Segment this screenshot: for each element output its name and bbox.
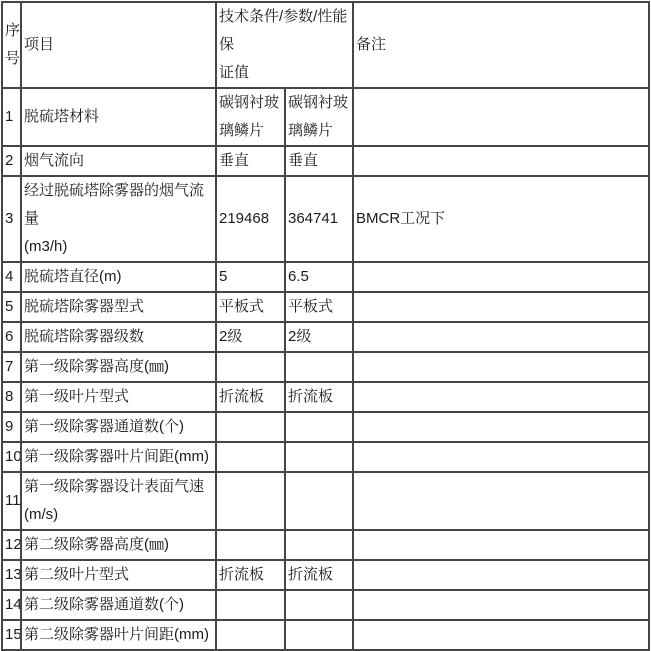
- value2-cell: [285, 472, 353, 530]
- remark-cell: [353, 292, 649, 322]
- row-number-cell: 3: [2, 176, 21, 262]
- value2-cell: 6.5: [285, 262, 353, 292]
- value1-cell: 折流板: [216, 560, 285, 590]
- table-row: 6 脱硫塔除雾器级数 2级 2级: [2, 322, 649, 352]
- header-remark-cell: 备注: [353, 2, 649, 88]
- table-row: 12 第二级除雾器高度(㎜): [2, 530, 649, 560]
- value2-cell: 折流板: [285, 382, 353, 412]
- value2-cell: [285, 442, 353, 472]
- item-cell: 第一级除雾器通道数(个): [21, 412, 216, 442]
- remark-cell: BMCR工况下: [353, 176, 649, 262]
- value2-cell: 折流板: [285, 560, 353, 590]
- item-cell: 第二级除雾器叶片间距(mm): [21, 620, 216, 650]
- header-value-cell: 技术条件/参数/性能保 证值: [216, 2, 353, 88]
- row-number-cell: 4: [2, 262, 21, 292]
- value1-cell: [216, 472, 285, 530]
- item-cell: 脱硫塔直径(m): [21, 262, 216, 292]
- header-item-cell: 项目: [21, 2, 216, 88]
- row-number-cell: 7: [2, 352, 21, 382]
- spec-table: 序 号 项目 技术条件/参数/性能保 证值 备注 1 脱硫塔材料 碳钢衬玻 璃鳞…: [1, 1, 650, 651]
- table-row: 13 第二级叶片型式 折流板 折流板: [2, 560, 649, 590]
- item-cell: 第一级除雾器叶片间距(mm): [21, 442, 216, 472]
- row-number-cell: 6: [2, 322, 21, 352]
- remark-cell: [353, 530, 649, 560]
- table-row: 15 第二级除雾器叶片间距(mm): [2, 620, 649, 650]
- value1-cell: 折流板: [216, 382, 285, 412]
- remark-cell: [353, 382, 649, 412]
- item-cell: 第二级除雾器通道数(个): [21, 590, 216, 620]
- value1-cell: 5: [216, 262, 285, 292]
- table-row: 4 脱硫塔直径(m) 5 6.5: [2, 262, 649, 292]
- value1-cell: [216, 412, 285, 442]
- value2-cell: [285, 412, 353, 442]
- table-row: 5 脱硫塔除雾器型式 平板式 平板式: [2, 292, 649, 322]
- value2-cell: [285, 352, 353, 382]
- item-cell: 脱硫塔除雾器型式: [21, 292, 216, 322]
- value2-cell: [285, 620, 353, 650]
- table-row: 9 第一级除雾器通道数(个): [2, 412, 649, 442]
- remark-cell: [353, 322, 649, 352]
- row-number-cell: 13: [2, 560, 21, 590]
- remark-cell: [353, 262, 649, 292]
- value1-cell: [216, 620, 285, 650]
- table-row: 1 脱硫塔材料 碳钢衬玻 璃鳞片 碳钢衬玻 璃鳞片: [2, 88, 649, 146]
- value2-cell: 垂直: [285, 146, 353, 176]
- table-row: 3 经过脱硫塔除雾器的烟气流量 (m3/h) 219468 364741 BMC…: [2, 176, 649, 262]
- header-no-cell: 序 号: [2, 2, 21, 88]
- row-number-cell: 11: [2, 472, 21, 530]
- value2-cell: [285, 590, 353, 620]
- item-cell: 第二级除雾器高度(㎜): [21, 530, 216, 560]
- item-cell: 第二级叶片型式: [21, 560, 216, 590]
- remark-cell: [353, 146, 649, 176]
- remark-cell: [353, 472, 649, 530]
- table-row: 10 第一级除雾器叶片间距(mm): [2, 442, 649, 472]
- row-number-cell: 8: [2, 382, 21, 412]
- table-header-row: 序 号 项目 技术条件/参数/性能保 证值 备注: [2, 2, 649, 88]
- value1-cell: 碳钢衬玻 璃鳞片: [216, 88, 285, 146]
- value2-cell: 平板式: [285, 292, 353, 322]
- table-row: 7 第一级除雾器高度(㎜): [2, 352, 649, 382]
- row-number-cell: 10: [2, 442, 21, 472]
- row-number-cell: 2: [2, 146, 21, 176]
- value2-cell: 碳钢衬玻 璃鳞片: [285, 88, 353, 146]
- value1-cell: 219468: [216, 176, 285, 262]
- value1-cell: [216, 442, 285, 472]
- item-cell: 第一级除雾器设计表面气速 (m/s): [21, 472, 216, 530]
- value1-cell: 垂直: [216, 146, 285, 176]
- remark-cell: [353, 442, 649, 472]
- remark-cell: [353, 620, 649, 650]
- value2-cell: 364741: [285, 176, 353, 262]
- row-number-cell: 9: [2, 412, 21, 442]
- row-number-cell: 12: [2, 530, 21, 560]
- row-number-cell: 14: [2, 590, 21, 620]
- item-cell: 脱硫塔材料: [21, 88, 216, 146]
- remark-cell: [353, 590, 649, 620]
- value2-cell: 2级: [285, 322, 353, 352]
- item-cell: 脱硫塔除雾器级数: [21, 322, 216, 352]
- item-cell: 第一级叶片型式: [21, 382, 216, 412]
- remark-cell: [353, 352, 649, 382]
- table-row: 14 第二级除雾器通道数(个): [2, 590, 649, 620]
- item-cell: 经过脱硫塔除雾器的烟气流量 (m3/h): [21, 176, 216, 262]
- value1-cell: 平板式: [216, 292, 285, 322]
- remark-cell: [353, 412, 649, 442]
- row-number-cell: 15: [2, 620, 21, 650]
- row-number-cell: 5: [2, 292, 21, 322]
- value1-cell: [216, 590, 285, 620]
- row-number-cell: 1: [2, 88, 21, 146]
- item-cell: 烟气流向: [21, 146, 216, 176]
- remark-cell: [353, 88, 649, 146]
- item-cell: 第一级除雾器高度(㎜): [21, 352, 216, 382]
- table-row: 11 第一级除雾器设计表面气速 (m/s): [2, 472, 649, 530]
- remark-cell: [353, 560, 649, 590]
- value1-cell: [216, 352, 285, 382]
- table-row: 8 第一级叶片型式 折流板 折流板: [2, 382, 649, 412]
- value1-cell: [216, 530, 285, 560]
- table-row: 2 烟气流向 垂直 垂直: [2, 146, 649, 176]
- value1-cell: 2级: [216, 322, 285, 352]
- value2-cell: [285, 530, 353, 560]
